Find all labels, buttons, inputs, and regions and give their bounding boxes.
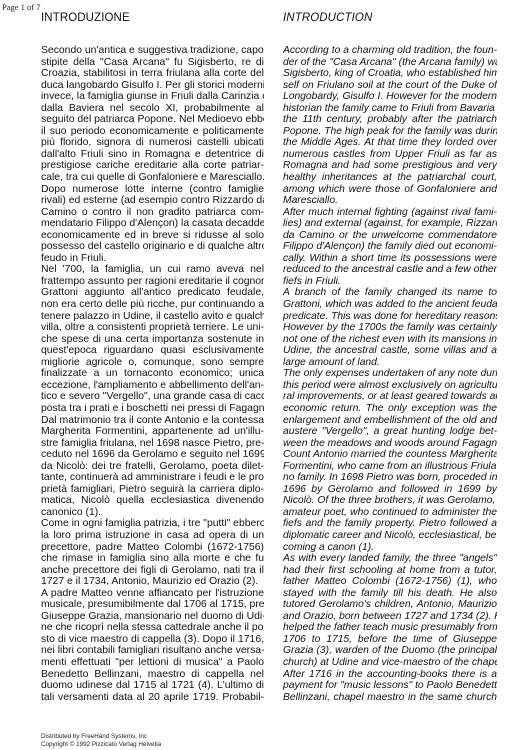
text-line: austere "Vergello", a great hunting lodg… [283, 426, 497, 438]
text-line: Udine, the ancestral castle, some villas… [283, 345, 497, 357]
text-line: coming a canon (1). [283, 542, 497, 554]
text-line: mendatario Filippo d'Alençon) la casata … [41, 218, 264, 230]
text-line: der of the "Casa Arcana" (the Arcana fam… [283, 57, 497, 69]
text-line: healthy inheritances at the patriarchal … [283, 172, 497, 184]
text-line: numerous castles from Upper Friuli as fa… [283, 149, 497, 161]
text-line: Dopo numerose lotte interne (contro fami… [41, 184, 264, 196]
text-line: tutored Gerolamo's children, Antonio, Ma… [283, 599, 497, 611]
text-line: cale, tra cui quelle di Gonfaloniere e M… [41, 172, 264, 184]
text-line: helped the father teach music presumably… [283, 622, 497, 634]
text-line: had their first schooling at home from a… [283, 565, 497, 577]
text-line: 1696 by Gerolamo and followed in 1699 by [283, 484, 497, 496]
text-line: dalla Baviera nel secolo XI, probabilmen… [41, 103, 264, 115]
text-line: cally. Within a short time its possessio… [283, 253, 497, 265]
text-line: ne che ricoprì nella stessa cattedrale a… [41, 622, 264, 634]
text-line: ween the meadows and woods around Fagagn… [283, 438, 497, 450]
text-line: duca langobardo Gisulfo I. Per gli stori… [41, 80, 264, 92]
italian-text-column: Secondo un'antica e suggestiva tradizion… [41, 45, 264, 703]
text-line: stre famiglia friulana, nel 1698 nasce P… [41, 438, 264, 450]
text-line: rivali) ed esterne (ad esempio contro Ri… [41, 195, 264, 207]
text-line: among which were those of Gonfaloniere a… [283, 184, 497, 196]
heading-english: INTRODUCTION [283, 12, 372, 24]
text-line: stipite della "Casa Arcana" fu Sigisbert… [41, 57, 264, 69]
text-line: not one of the richest even with its man… [283, 334, 497, 346]
text-line: da Camino or the unwelcome commendatore [283, 230, 497, 242]
text-line: tali versamenti data al 20 aprile 1719. … [41, 692, 264, 704]
text-line: Formentini, who came from an illustrious… [283, 461, 497, 473]
text-line: prietà famigliari, Pietro seguirà la car… [41, 484, 264, 496]
text-line: Secondo un'antica e suggestiva tradizion… [41, 45, 264, 57]
text-line: seguito del patriarca Popone. Nel Medioe… [41, 114, 264, 126]
text-line: lies) and external (against, for example… [283, 218, 497, 230]
text-line: Grazia (3), warden of the Duomo (the pri… [283, 645, 497, 657]
text-line: However by the 1700s the family was cert… [283, 322, 497, 334]
text-line: church) at Udine and vice-maestro of the… [283, 657, 497, 669]
text-line: tico e severo "Vergello", una grande cas… [41, 391, 264, 403]
text-line: precettore, padre Matteo Colombi (1672-1… [41, 542, 264, 554]
text-line: The only expenses undertaken of any note… [283, 368, 497, 380]
text-line: enlargement and embellishment of the old… [283, 415, 497, 427]
text-line: più florido, signora di numerosi castell… [41, 137, 264, 149]
text-line: the Middle Ages. At that time they lorde… [283, 137, 497, 149]
text-line: predicate. This was done for hereditary … [283, 311, 497, 323]
text-line: no family. In 1698 Pietro was born, proc… [283, 472, 497, 484]
text-line: this period were almost exclusively on a… [283, 380, 497, 392]
text-line: Longobardy, Gisulfo I. However for the m… [283, 91, 497, 103]
text-line: self on Friulano soil at the court of th… [283, 80, 497, 92]
text-line: prestigiose cariche ereditarie alla cort… [41, 160, 264, 172]
text-line: villa, oltre a consistenti proprietà ter… [41, 322, 264, 334]
text-line: diplomatic career and Nicolò, ecclesiast… [283, 530, 497, 542]
text-line: reduced to the ancestral castle and a fe… [283, 264, 497, 276]
text-line: Grattoni aggiunto all'antico predicato f… [41, 287, 264, 299]
text-line: the 11th century, probably after the pat… [283, 114, 497, 126]
text-line: A padre Matteo venne affiancato per l'is… [41, 588, 264, 600]
text-line: Popone. The high peak for the family was… [283, 126, 497, 138]
text-line: frattempo assunto per ragioni ereditarie… [41, 276, 264, 288]
text-line: da Nicolò: dei tre fratelli, Gerolamo, p… [41, 461, 264, 473]
text-line: dall'alto Friuli sino in Romagna e deten… [41, 149, 264, 161]
text-line: che rimase in famiglia sino alla morte e… [41, 553, 264, 565]
text-line: Camino o contro il non gradito patriarca… [41, 207, 264, 219]
text-line: stayed with the family till his death. H… [283, 588, 497, 600]
text-line: economicamente ed in breve si ridusse al… [41, 230, 264, 242]
footer: Distributed by FreeHand Systems, Inc Cop… [41, 733, 161, 749]
text-line: possesso del castello originario e di qu… [41, 241, 264, 253]
text-line: Giuseppe Grazia, mansionario nel duomo d… [41, 611, 264, 623]
text-line: finalizzate a un tornaconto economico; u… [41, 368, 264, 380]
text-line: ral improvements, or at least geared tow… [283, 391, 497, 403]
text-line: Count Antonio married the countess Margh… [283, 449, 497, 461]
page-indicator: Page 1 of 7 [2, 2, 40, 12]
text-line: il suo periodo economicamente e politica… [41, 126, 264, 138]
text-line: matica, Nicolò quella ecclesiastica dive… [41, 495, 264, 507]
text-line: eccezione, l'ampliamento e abbellimento … [41, 380, 264, 392]
text-line: 1727 e il 1734, Antonio, Maurizio ed Ora… [41, 576, 264, 588]
text-line: payment for "music lessons" to Paolo Ben… [283, 680, 497, 692]
text-line: A branch of the family changed its name … [283, 287, 497, 299]
text-line: tante, continuerà ad amministrare i feud… [41, 472, 264, 484]
text-line: migliorie agricole o, comunque, sono sem… [41, 357, 264, 369]
text-line: Sigisberto, king of Croatia, who establi… [283, 68, 497, 80]
footer-distribution: Distributed by FreeHand Systems, Inc [41, 733, 161, 741]
heading-italian: INTRODUZIONE [41, 12, 130, 24]
footer-copyright: Copyright © 1992 Pizzicato Verlag Helvet… [41, 741, 161, 749]
text-line: invece, la famiglia giunse in Friuli dal… [41, 91, 264, 103]
text-line: feudo in Friuli. [41, 253, 264, 265]
text-line: According to a charming old tradition, t… [283, 45, 497, 57]
text-line: posta tra i prati e i boschetti nei pres… [41, 403, 264, 415]
text-line: fiefs and the family property. Pietro fo… [283, 518, 497, 530]
text-line: Grattoni, which was added to the ancient… [283, 299, 497, 311]
text-line: Benedetto Bellinzani, maestro di cappell… [41, 669, 264, 681]
text-line: ceduto nel 1696 da Gerolamo e seguito ne… [41, 449, 264, 461]
text-line: quest'epoca riguardano quasi esclusivame… [41, 345, 264, 357]
text-line: Filippo d'Alençon) the family died out e… [283, 241, 497, 253]
text-line: Margherita Formentini, appartenente ad u… [41, 426, 264, 438]
text-line: sto di vice maestro di cappella (3). Dop… [41, 634, 264, 646]
text-line: and Orazio, born between 1727 and 1734 (… [283, 611, 497, 623]
text-line: Nicolò. Of the three brothers, it was Ge… [283, 495, 497, 507]
text-line: After 1716 in the accounting-books there… [283, 669, 497, 681]
text-line: Dal matrimonio tra il conte Antonio e la… [41, 415, 264, 427]
english-text-column: According to a charming old tradition, t… [283, 45, 497, 703]
text-line: Romagna and had some prestigious and ver… [283, 160, 497, 172]
text-line: anche precettore dei figli di Gerolamo, … [41, 565, 264, 577]
text-line: Croazia, stabilitosi in terra friulana a… [41, 68, 264, 80]
text-line: As with every landed family, the three "… [283, 553, 497, 565]
text-line: 1706 to 1715, before the time of Giusepp… [283, 634, 497, 646]
text-line: duomo udinese dal 1715 al 1721 (4). L'ul… [41, 680, 264, 692]
text-line: Nel '700, la famiglia, un cui ramo aveva… [41, 264, 264, 276]
text-line: nei libri contabili famigliari risultano… [41, 645, 264, 657]
text-line: menti effettuati "per lettioni di musica… [41, 657, 264, 669]
text-line: che spese di una certa importanza sosten… [41, 334, 264, 346]
text-line: historian the family came to Friuli from… [283, 103, 497, 115]
text-line: musicale, presumibilmente dal 1706 al 17… [41, 599, 264, 611]
text-line: father Matteo Colombi (1672-1756) (1), w… [283, 576, 497, 588]
text-line: tenere palazzo in Udine, il castello avi… [41, 311, 264, 323]
text-line: Bellinzani, chapel maestro in the same c… [283, 692, 497, 704]
text-line: amateur poet, who continued to administe… [283, 507, 497, 519]
text-line: canonico (1). [41, 507, 264, 519]
text-line: fiefs in Friuli. [283, 276, 497, 288]
text-line: economic return. The only exception was … [283, 403, 497, 415]
text-line: la loro prima istruzione in casa ad oper… [41, 530, 264, 542]
text-line: Come in ogni famiglia patrizia, i tre "p… [41, 518, 264, 530]
text-line: non era certo delle più ricche, pur cont… [41, 299, 264, 311]
text-line: Maresciallo. [283, 195, 497, 207]
text-line: After much internal fighting (against ri… [283, 207, 497, 219]
text-line: large amount of land. [283, 357, 497, 369]
